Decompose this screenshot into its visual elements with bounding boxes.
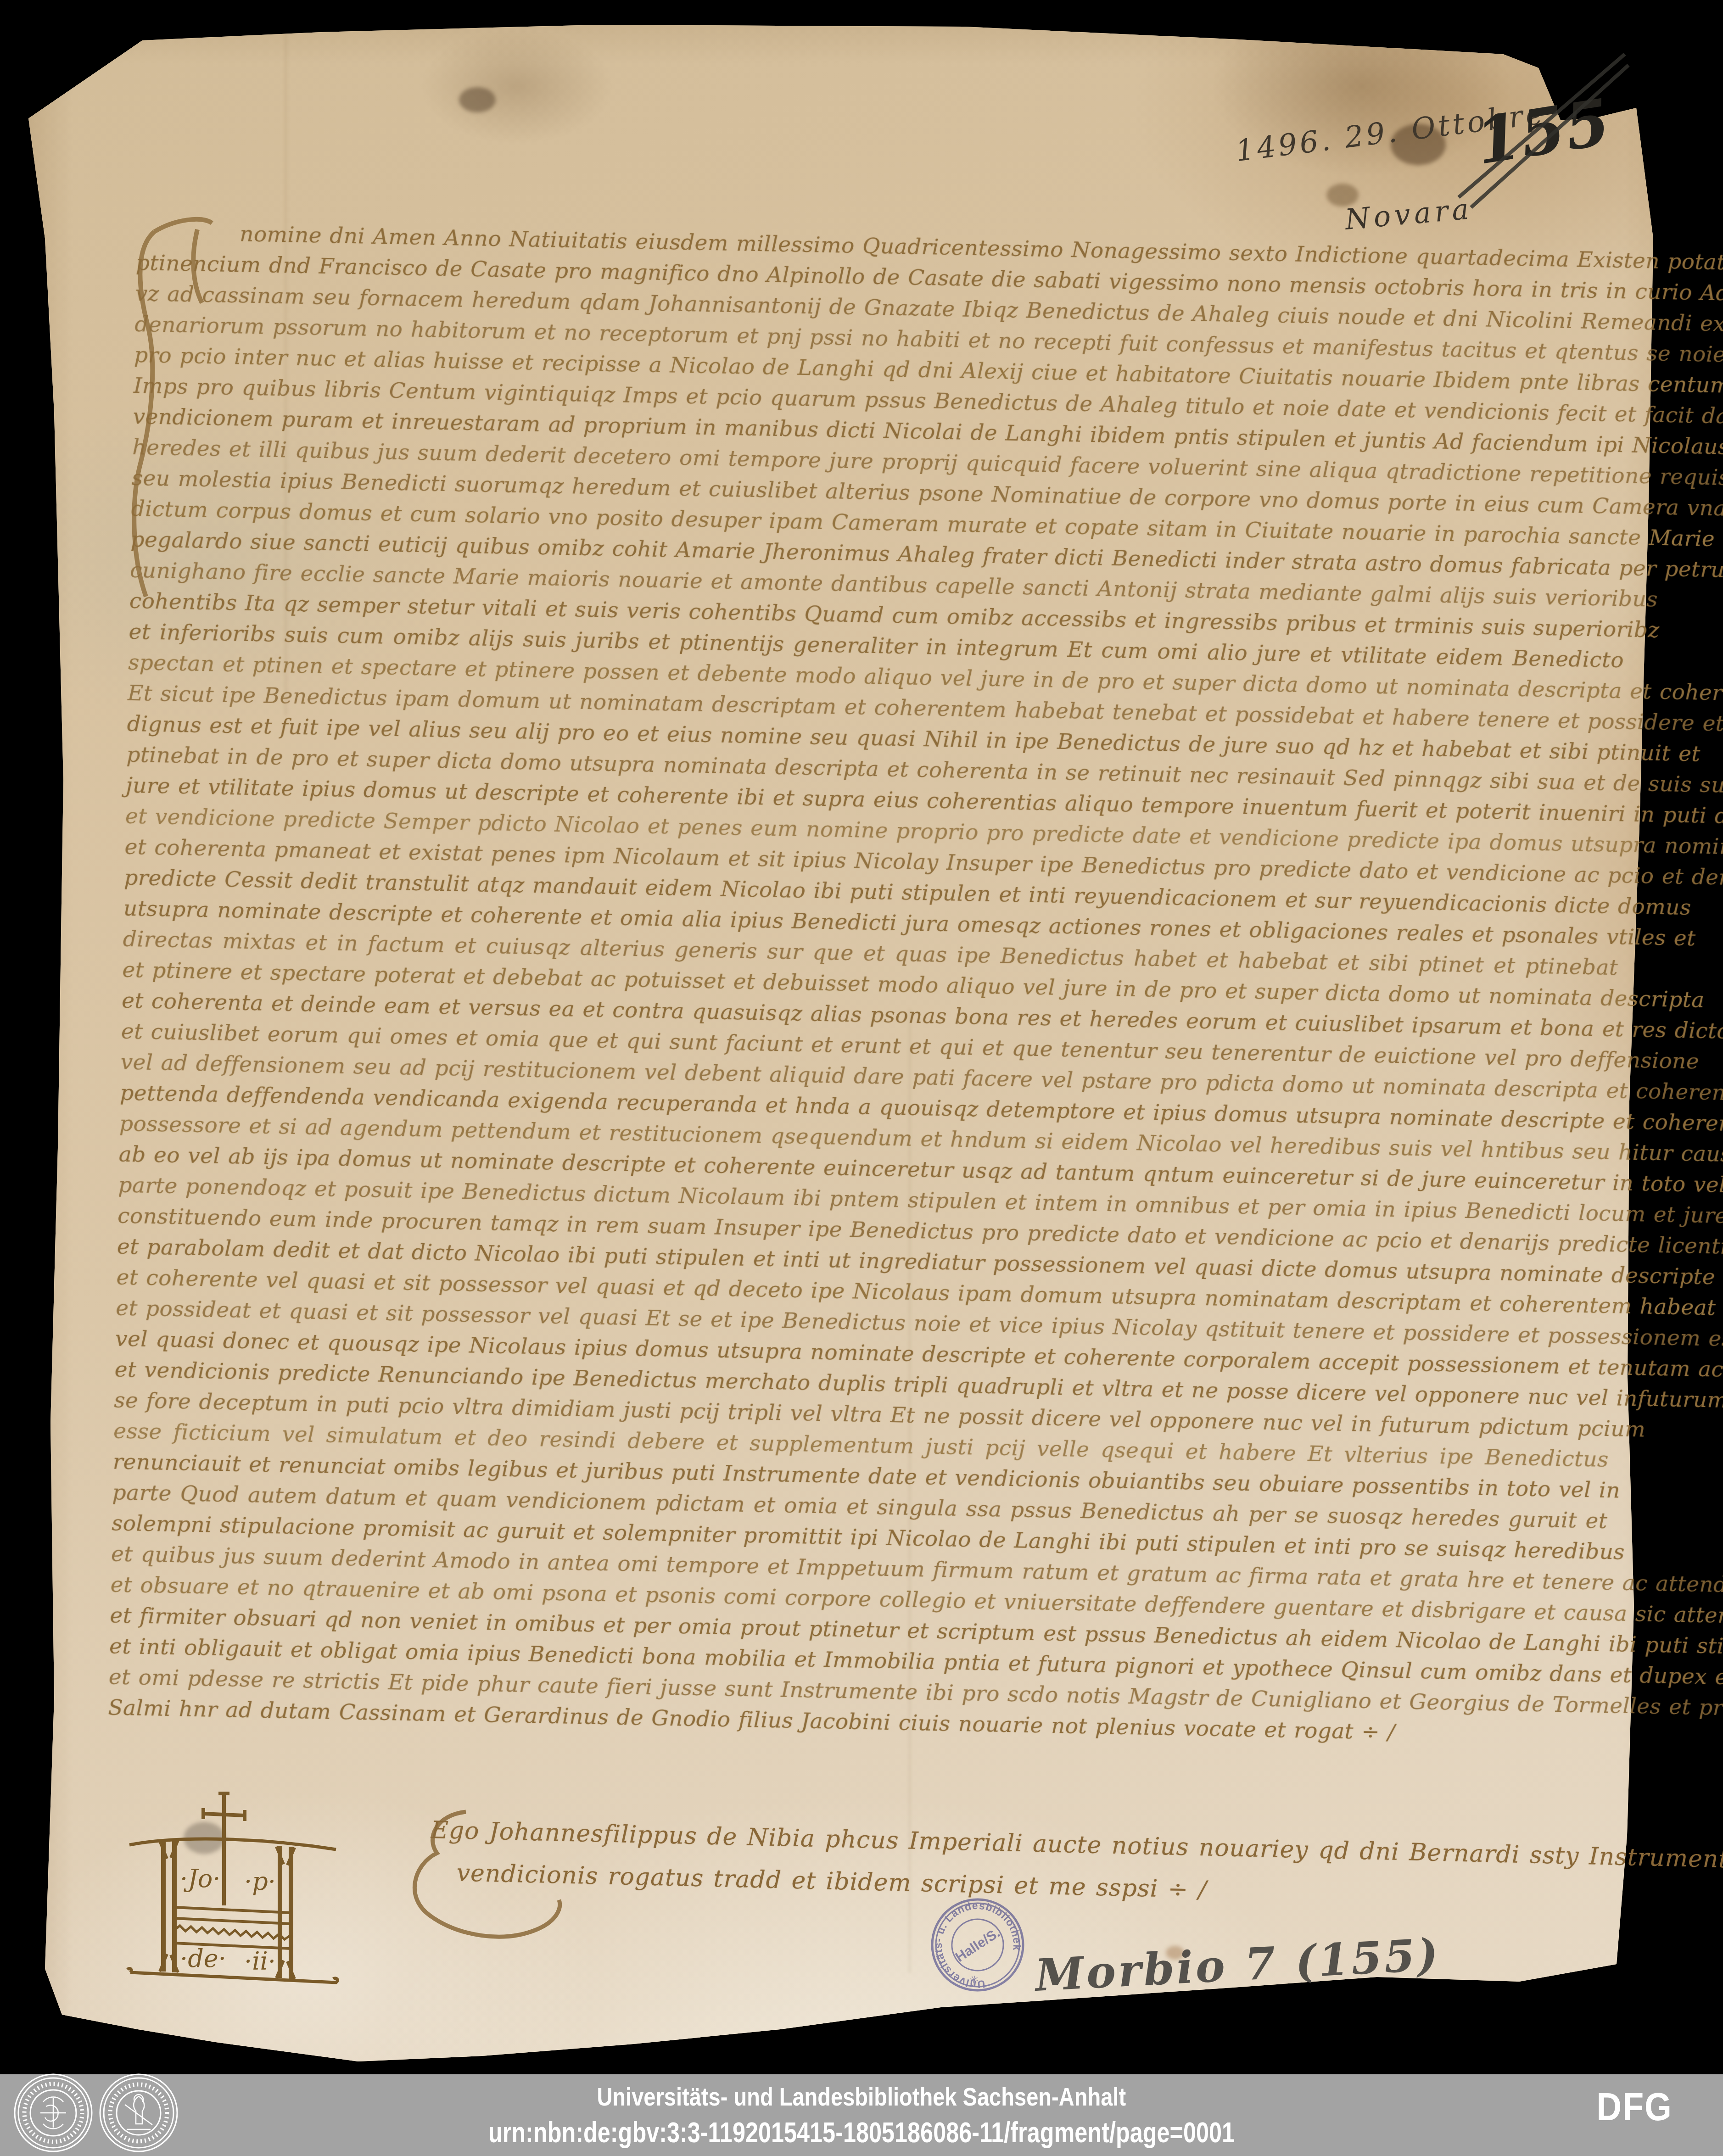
footer-bar: Universitäts- und Landesbibliothek Sachs… bbox=[0, 2074, 1723, 2156]
smudge bbox=[184, 1822, 225, 1854]
university-seal-icon bbox=[97, 2070, 180, 2156]
urn-identifier: urn:nbn:de:gbv:3:3-1192015415-1805186086… bbox=[488, 2116, 1235, 2149]
manuscript-lines: nomine dni Amen Anno Natiuitatis eiusdem… bbox=[108, 217, 1632, 1721]
stain-spot bbox=[28, 464, 53, 500]
ink-blot bbox=[459, 87, 496, 112]
scan-page: 1496. 29. Ottobre 155 Novara nomine dni … bbox=[0, 0, 1723, 2156]
footer-text-block: Universitäts- und Landesbibliothek Sachs… bbox=[395, 2074, 1328, 2156]
dfg-logo: DFG bbox=[1597, 2084, 1673, 2130]
university-seal-icon bbox=[12, 2070, 95, 2156]
stamp-center-text: Halle/S. bbox=[953, 1925, 1003, 1965]
manuscript-text-block: nomine dni Amen Anno Natiuitatis eiusdem… bbox=[108, 217, 1632, 1752]
institution-name: Universitäts- und Landesbibliothek Sachs… bbox=[597, 2082, 1126, 2111]
footer-seals bbox=[12, 2070, 180, 2156]
